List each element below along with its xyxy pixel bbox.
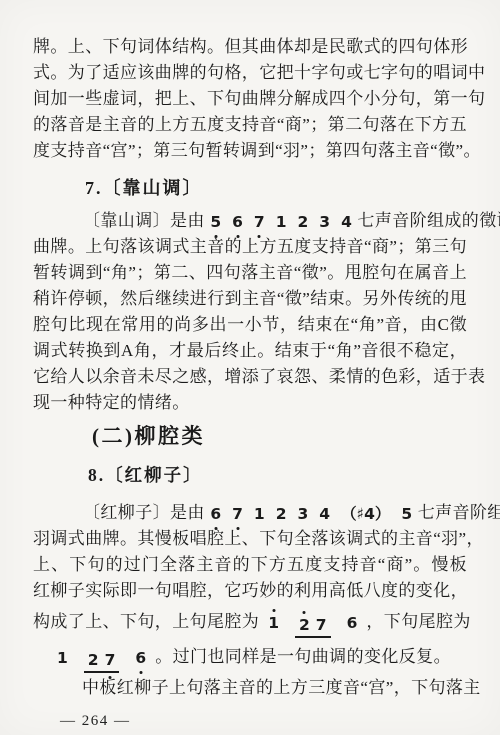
text-line: 中板红柳子上句落主音的上方三度音“宫”，下句落主 [33, 675, 467, 701]
heading-kaoshandiao: 7.〔靠山调〕 [85, 177, 467, 199]
text-line: 调式转换到A角，才最后终止。结束于“角”音很不稳定， [33, 338, 467, 364]
jianpu-beam-group: 27 [295, 616, 331, 638]
text-segment: 〔靠山调〕是由 [83, 211, 205, 230]
text-line: 的落音是主音的上方五度支持音“商”；第二句落在下方五 [33, 112, 467, 138]
jianpu-note: 1 [57, 651, 68, 667]
jianpu-note: 5 [401, 507, 412, 523]
text-line: 曲牌。上句落该调式主音的上方五度支持音“商”；第三句 [33, 234, 467, 260]
text-segment: ，下句尾腔为 [366, 612, 470, 631]
jianpu-note: 1 [254, 507, 265, 523]
jianpu-note: 7 [254, 215, 265, 231]
jianpu-note: 6 [135, 651, 146, 667]
jianpu-phrase-upper: 1276 [259, 612, 366, 631]
book-page: 牌。上、下句词体结构。但其曲体却是民歌式的四句体形 式。为了适应该曲牌的句格，它… [0, 0, 500, 735]
text-line: 腔句比现在常用的尚多出一小节，结束在“角”音，由C徵 [33, 312, 467, 338]
jianpu-note: 6 [232, 215, 243, 231]
jianpu-note: 6 [347, 616, 358, 632]
heading-hongliuzi: 8.〔红柳子〕 [88, 465, 467, 486]
text-segment: 七声音阶组成的徵调式 [357, 211, 500, 230]
text-line-with-scale: 〔靠山调〕是由5671234七声音阶组成的徵调式 [33, 208, 467, 234]
jianpu-note: 1 [268, 616, 279, 632]
jianpu-note: 3 [298, 507, 309, 523]
jianpu-note: 5 [210, 215, 221, 231]
jianpu-note: 3 [319, 215, 330, 231]
text-line: 它给人以余音未尽之感，增添了哀怨、柔情的色彩，适于表 [33, 364, 467, 390]
text-line-lower-cadence: 1276。过门也同样是一句曲调的变化反复。 [33, 639, 467, 674]
jianpu-note: 2 [276, 507, 287, 523]
jianpu-note: 1 [276, 215, 287, 231]
jianpu-note: 2 [298, 215, 309, 231]
paragraph-hongliuzi: 〔红柳子〕是由671234（♯4）5七声音阶组成的 羽调式曲牌。其慢板唱腔上、下… [33, 500, 467, 674]
text-segment: 。过门也同样是一句曲调的变化反复。 [155, 647, 451, 666]
paragraph-kaoshandiao: 〔靠山调〕是由5671234七声音阶组成的徵调式 曲牌。上句落该调式主音的上方五… [33, 208, 467, 416]
jianpu-scale-hongliuzi: 671234（♯4）5 [205, 503, 418, 522]
text-segment: 七声音阶组成的 [418, 503, 500, 522]
paragraph-zhongban: 中板红柳子上句落主音的上方三度音“宫”，下句落主 [33, 675, 467, 701]
page-number: — 264 — [60, 713, 500, 730]
text-line: 牌。上、下句词体结构。但其曲体却是民歌式的四句体形 [33, 34, 467, 60]
text-segment: 构成了上、下句，上句尾腔为 [33, 612, 259, 631]
text-line: 稍许停顿，然后继续进行到主音“徵”结束。另外传统的甩 [33, 286, 467, 312]
jianpu-note: 4 [341, 215, 352, 231]
text-line: 度支持音“宫”；第三句暂转调到“羽”；第四句落主音“徵”。 [33, 138, 467, 164]
jianpu-note: 2 [299, 618, 310, 634]
text-line: 红柳子实际即一句唱腔，它巧妙的利用高低八度的变化， [33, 578, 467, 604]
jianpu-note: 7 [316, 618, 327, 634]
text-segment: 〔红柳子〕是由 [83, 503, 205, 522]
jianpu-scale-kaoshandiao: 5671234 [205, 211, 358, 230]
text-line: 暂转调到“角”；第二、四句落主音“徵”。甩腔句在属音上 [33, 260, 467, 286]
text-line: 羽调式曲牌。其慢板唱腔上、下句全落该调式的主音“羽”， [33, 526, 467, 552]
text-line: 上、下句的过门全落主音的下方五度支持音“商”。慢板 [33, 552, 467, 578]
text-line-upper-cadence: 构成了上、下句，上句尾腔为1276，下句尾腔为 [33, 604, 467, 639]
text-line: 式。为了适应该曲牌的句格，它把十字句或七字句的唱词中 [33, 60, 467, 86]
jianpu-note: 6 [210, 507, 221, 523]
text-line: 现一种特定的情绪。 [33, 390, 467, 416]
jianpu-note: （♯4） [341, 507, 390, 523]
section-heading-liuqiang: (二)柳腔类 [92, 424, 467, 449]
text-line: 间加一些虚词，把上、下句曲牌分解成四个小分句，第一句 [33, 86, 467, 112]
jianpu-note: 7 [105, 653, 116, 669]
paragraph-continuation: 牌。上、下句词体结构。但其曲体却是民歌式的四句体形 式。为了适应该曲牌的句格，它… [33, 0, 467, 164]
jianpu-beam-group: 27 [84, 651, 120, 673]
jianpu-phrase-lower: 1276 [48, 647, 155, 666]
jianpu-note: 4 [319, 507, 330, 523]
text-line-with-scale: 〔红柳子〕是由671234（♯4）5七声音阶组成的 [33, 500, 467, 526]
jianpu-note: 7 [232, 507, 243, 523]
jianpu-note: 2 [88, 653, 99, 669]
